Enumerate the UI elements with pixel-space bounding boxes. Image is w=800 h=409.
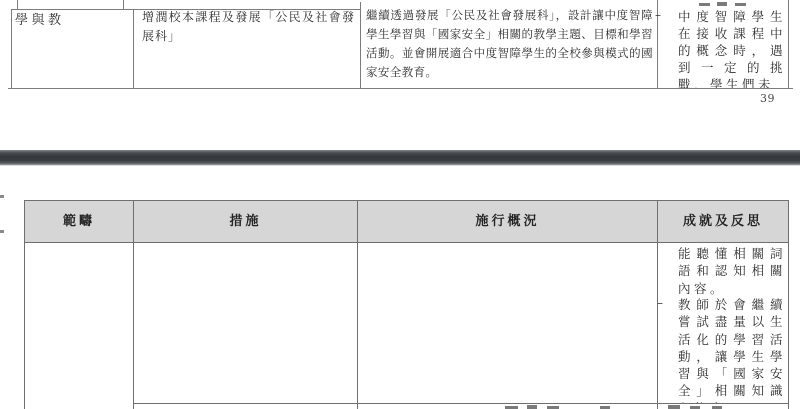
header-cell-implementation: 施行概況 <box>358 202 657 242</box>
cell-achievement-continued: 能聽懂相關詞語和認知相關內容。 <box>678 245 786 297</box>
table-grid-line <box>24 200 789 201</box>
header-cell-measure: 措施 <box>134 202 357 242</box>
cell-achievement-item: 教師於會繼續嘗試盡量以生活化的學習活動，讓學生學習與「國家安全」相關知識和態度。 <box>678 296 786 403</box>
header-cell-achievement: 成就及反思 <box>658 202 788 242</box>
clipped-text-fragment <box>527 405 537 409</box>
header-cell-category: 範疇 <box>25 202 133 242</box>
document-view: 學與教 增潤校本課程及發展「公民及社會發展科」 繼續透過發展「公民及社會發展科」… <box>0 0 800 409</box>
scan-artifact <box>0 195 4 198</box>
page-2: 範疇 措施 施行概況 成就及反思 能聽懂相關詞語和認知相關內容。 – 教師於會繼… <box>0 0 800 409</box>
table-grid-line <box>24 242 789 243</box>
achievement-dash: – <box>657 296 663 310</box>
scan-artifact <box>0 230 4 233</box>
clipped-text-fragment <box>668 405 680 409</box>
table-grid-line <box>133 403 788 404</box>
table-grid-line <box>788 200 789 409</box>
